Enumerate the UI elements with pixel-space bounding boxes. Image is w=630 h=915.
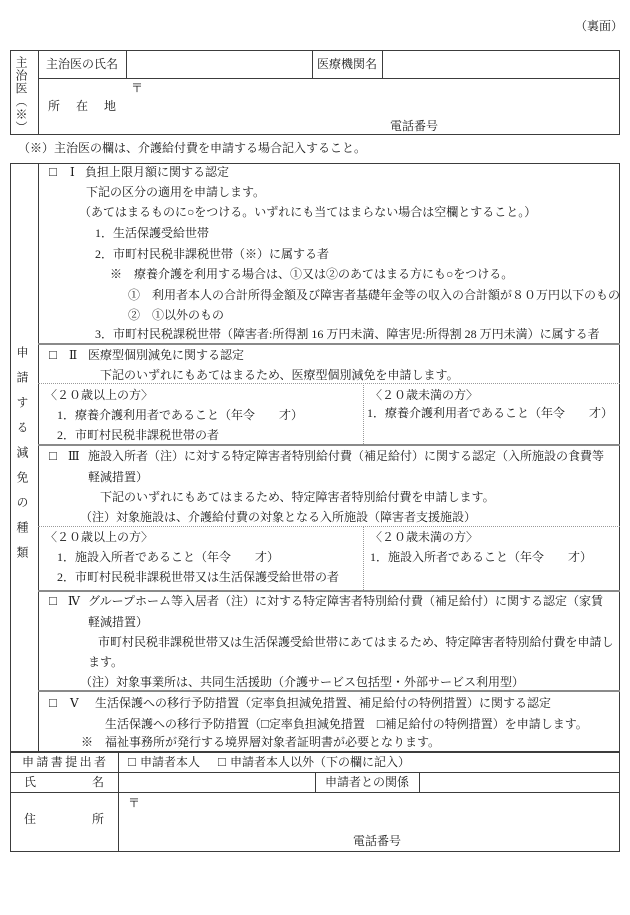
- section5-apply-pre: 生活保護への移行予防措置（: [105, 717, 261, 731]
- section5-apply-post: ）を申請します。: [493, 717, 588, 731]
- section1-checkbox[interactable]: □: [49, 165, 57, 179]
- section1-option2[interactable]: 2．市町村民税非課税世帯（※）に属する者: [95, 247, 329, 262]
- submitter-self-label: 申請者本人: [140, 755, 200, 770]
- section2-checkbox[interactable]: □: [49, 348, 57, 362]
- section5-option1-checkbox[interactable]: □: [261, 716, 269, 731]
- submitter-address-field[interactable]: [119, 793, 619, 833]
- section4-line3: 市町村民税非課税世帯又は生活保護受給世帯にあてはまるため、特定障害者特別給付費を…: [98, 635, 614, 650]
- section1-suboption1[interactable]: ① 利用者本人の合計所得金額及び障害者基礎年金等の収入の合計額が８０万円以下のも…: [128, 288, 620, 303]
- section2-line2: 下記のいずれにもあてはまるため、医療型個別減免を申請します。: [100, 368, 459, 383]
- submitter-label: 申請書提出者: [10, 755, 118, 770]
- section1-line3: （あてはまるものに○をつける。いずれにも当てはまらない場合は空欄とすること。）: [79, 205, 536, 220]
- doctor-row-label: 主治医（※）: [13, 56, 30, 134]
- section4-numeral: Ⅳ: [68, 594, 80, 609]
- submitter-relation-label: 申請者との関係: [315, 775, 419, 790]
- submitter-phone-label: 電話番号: [353, 834, 401, 849]
- section3-column-divider: [363, 526, 364, 590]
- section2-dotted-divider: [38, 383, 620, 384]
- doctor-address-label: 所在地: [38, 99, 126, 114]
- section4-line4: ます。: [88, 655, 123, 670]
- page-side-label: （裏面）: [575, 19, 623, 34]
- form-back-page: （裏面） 主治医（※） 主治医の氏名 医療機関名 所在地 〒 電話番号 （※）主…: [0, 0, 630, 915]
- doctor-name-label: 主治医の氏名: [38, 57, 126, 72]
- section2-adult-item1: 1．療養介護利用者であること（年令 才）: [57, 408, 303, 423]
- section3-adult-item1: 1．施設入所者であること（年令 才）: [57, 550, 279, 565]
- doctor-name-field[interactable]: [127, 51, 311, 77]
- submitter-other-label: 申請者本人以外（下の欄に記入）: [230, 755, 410, 770]
- section5-title: 生活保護への移行予防措置（定率負担減免措置、補足給付の特例措置）に関する認定: [95, 696, 551, 711]
- section3-minor-item1: 1．施設入所者であること（年令 才）: [370, 550, 592, 565]
- section3-adult-header: 〈２０歳以上の方〉: [45, 530, 153, 545]
- section3-title-line2: 軽減措置）: [88, 470, 148, 485]
- section1-numeral: Ⅰ: [70, 165, 75, 180]
- section-divider-1-2: [38, 343, 620, 345]
- section5-option2-checkbox[interactable]: □: [377, 716, 385, 731]
- section-divider-3-4: [38, 590, 620, 592]
- section2-adult-item2: 2．市町村民税非課税世帯の者: [57, 428, 219, 443]
- exemption-row-label: 申請する減免の種類: [14, 346, 31, 571]
- submitter-name-field[interactable]: [119, 773, 314, 791]
- section5-note: ※ 福祉事務所が発行する境界層対象者証明書が必要となります。: [81, 735, 440, 750]
- section-divider-2-3: [38, 444, 620, 446]
- submitter-address-label: 住所: [10, 812, 118, 827]
- section3-numeral: Ⅲ: [68, 449, 80, 464]
- section3-adult-item2: 2．市町村民税非課税世帯又は生活保護受給世帯の者: [57, 570, 339, 585]
- medical-institution-field[interactable]: [383, 51, 619, 77]
- section2-adult-header: 〈２０歳以上の方〉: [45, 388, 153, 403]
- submitter-name-label: 氏名: [10, 775, 118, 790]
- submitter-other-checkbox[interactable]: □: [218, 755, 226, 769]
- section1-option1[interactable]: 1．生活保護受給世帯: [95, 226, 209, 241]
- medical-institution-label: 医療機関名: [312, 57, 382, 72]
- section1-note: ※ 療養介護を利用する場合は、①又は②のあてはまる方にも○をつける。: [110, 267, 513, 282]
- section3-note: （注）対象施設は、介護給付費の対象となる入所施設（障害者支援施設）: [80, 510, 476, 525]
- section1-line2: 下記の区分の適用を申請します。: [86, 185, 265, 200]
- section1-title: 負担上限月額に関する認定: [85, 165, 229, 180]
- submitter-self-checkbox[interactable]: □: [128, 755, 136, 769]
- section2-title: 医療型個別減免に関する認定: [88, 348, 244, 363]
- section3-line3: 下記のいずれにもあてはまるため、特定障害者特別給付費を申請します。: [100, 490, 495, 505]
- section5-option2-label: 補足給付の特例措置: [385, 717, 493, 731]
- section3-checkbox[interactable]: □: [49, 449, 57, 463]
- section2-column-divider: [363, 383, 364, 444]
- section5-checkbox[interactable]: □: [49, 696, 57, 710]
- section2-minor-header: 〈２０歳未満の方〉: [370, 388, 478, 403]
- section4-checkbox[interactable]: □: [49, 594, 57, 608]
- section5-numeral: Ⅴ: [70, 696, 79, 711]
- section3-minor-header: 〈２０歳未満の方〉: [370, 530, 478, 545]
- section5-apply-line: 生活保護への移行予防措置（□定率負担減免措置□補足給付の特例措置）を申請します。: [105, 716, 588, 732]
- doctor-phone-label: 電話番号: [390, 119, 438, 134]
- section3-dotted-divider: [38, 526, 620, 527]
- section2-numeral: Ⅱ: [69, 348, 77, 363]
- section4-note: （注）対象事業所は、共同生活援助（介護サービス包括型・外部サービス利用型）: [80, 675, 524, 690]
- section3-title: 施設入所者（注）に対する特定障害者特別給付費（補足給付）に関する認定（入所施設の…: [88, 449, 604, 464]
- section4-title-line2: 軽減措置）: [88, 615, 148, 630]
- exemption-label-divider: [38, 163, 39, 752]
- section1-option3[interactable]: 3．市町村民税課税世帯（障害者:所得割 16 万円未満、障害児:所得割 28 万…: [95, 327, 600, 342]
- section1-suboption2[interactable]: ② ①以外のもの: [128, 308, 224, 323]
- doctor-note: （※）主治医の欄は、介護給付費を申請する場合記入すること。: [18, 141, 366, 156]
- section5-option1-label: 定率負担減免措置: [269, 717, 365, 731]
- section-divider-4-5: [38, 690, 620, 692]
- submitter-relation-field[interactable]: [420, 773, 619, 791]
- section2-minor-item1: 1．療養介護利用者であること（年令 才）: [367, 406, 613, 421]
- section4-title: グループホーム等入居者（注）に対する特定障害者特別給付費（補足給付）に関する認定…: [88, 594, 603, 609]
- doctor-address-field[interactable]: [127, 79, 619, 119]
